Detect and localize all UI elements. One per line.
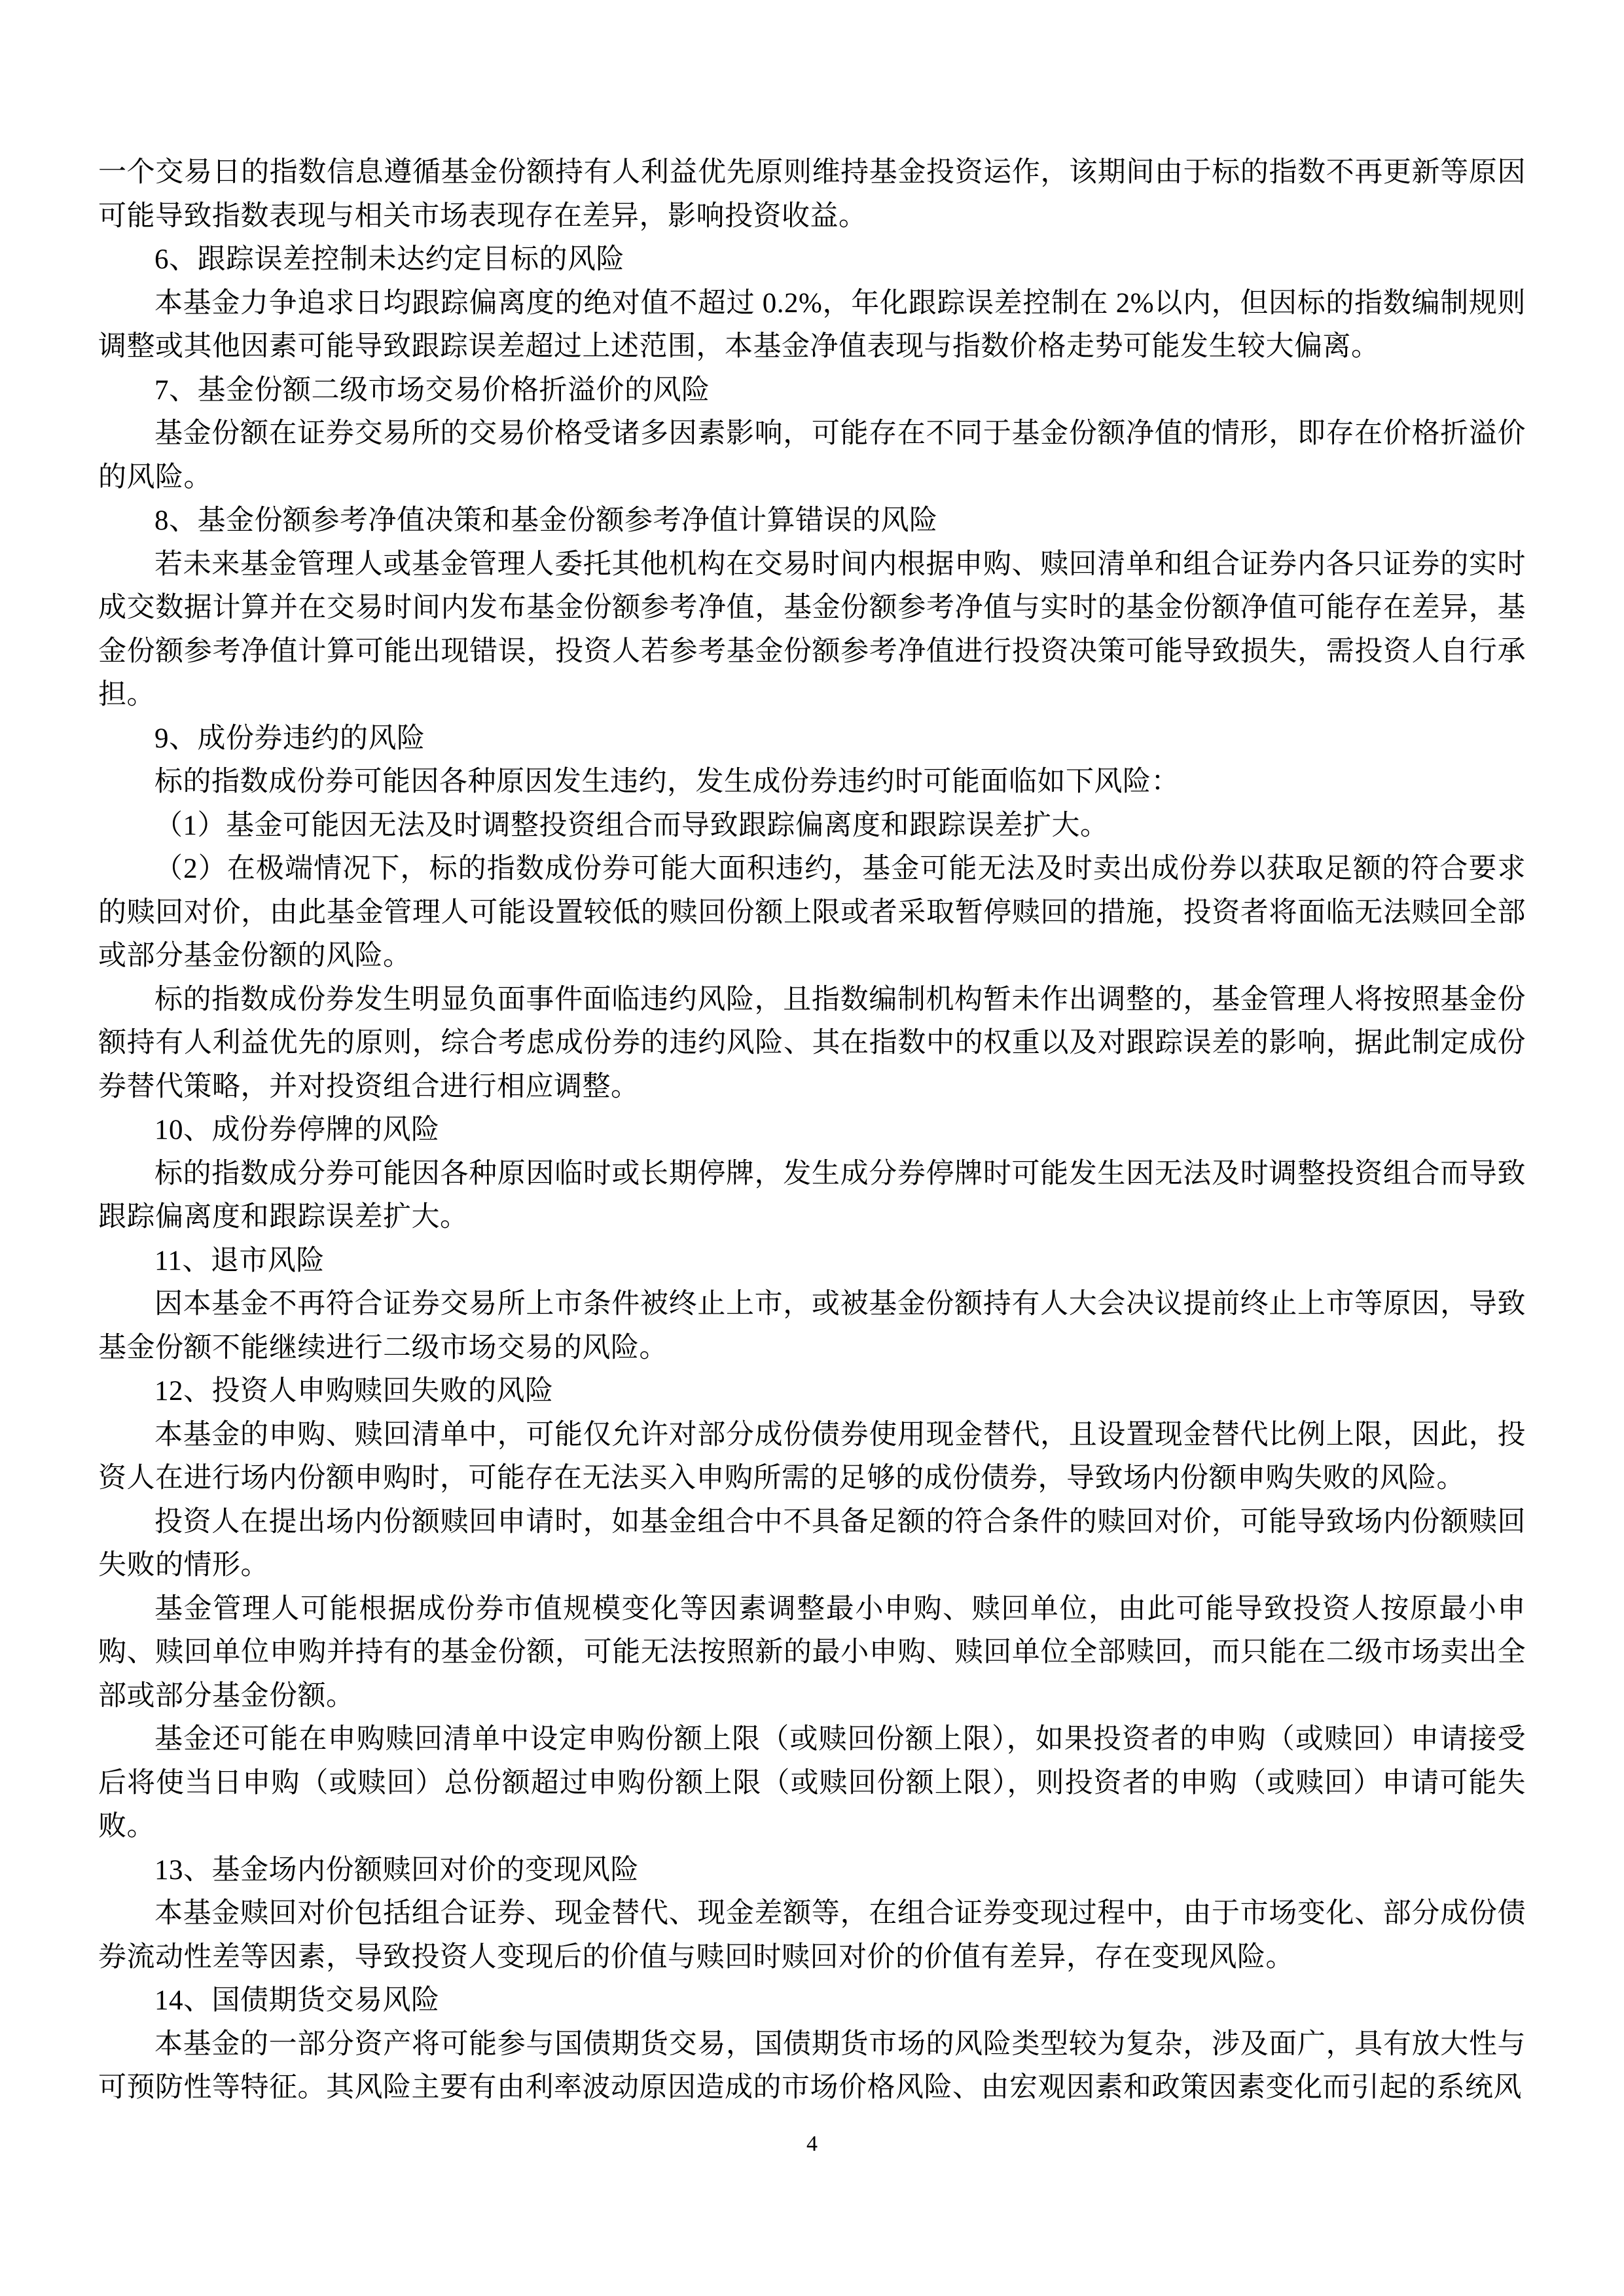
section-heading: 7、基金份额二级市场交易价格折溢价的风险 <box>98 369 1526 413</box>
paragraph: 投资人在提出场内份额赎回申请时，如基金组合中不具备足额的符合条件的赎回对价，可能… <box>98 1501 1526 1588</box>
paragraph: 标的指数成份券可能因各种原因发生违约，发生成份券违约时可能面临如下风险： <box>98 761 1526 804</box>
paragraph: 本基金力争追求日均跟踪偏离度的绝对值不超过 0.2%，年化跟踪误差控制在 2%以… <box>98 282 1526 369</box>
section-heading: 12、投资人申购赎回失败的风险 <box>98 1370 1526 1414</box>
page-number: 4 <box>0 2131 1624 2157</box>
paragraph: 本基金的一部分资产将可能参与国债期货交易，国债期货市场的风险类型较为复杂，涉及面… <box>98 2023 1526 2110</box>
paragraph: 标的指数成份券发生明显负面事件面临违约风险，且指数编制机构暂未作出调整的，基金管… <box>98 978 1526 1109</box>
paragraph: （1）基金可能因无法及时调整投资组合而导致跟踪偏离度和跟踪误差扩大。 <box>98 804 1526 848</box>
paragraph: 基金份额在证券交易所的交易价格受诸多因素影响，可能存在不同于基金份额净值的情形，… <box>98 412 1526 499</box>
paragraph: 本基金赎回对价包括组合证券、现金替代、现金差额等，在组合证券变现过程中，由于市场… <box>98 1892 1526 1979</box>
section-heading: 10、成份券停牌的风险 <box>98 1109 1526 1153</box>
paragraph: 因本基金不再符合证券交易所上市条件被终止上市，或被基金份额持有人大会决议提前终止… <box>98 1283 1526 1370</box>
section-heading: 8、基金份额参考净值决策和基金份额参考净值计算错误的风险 <box>98 499 1526 543</box>
document-body: 一个交易日的指数信息遵循基金份额持有人利益优先原则维持基金投资运作，该期间由于标… <box>98 151 1526 2110</box>
section-heading: 9、成份券违约的风险 <box>98 717 1526 761</box>
paragraph: 基金还可能在申购赎回清单中设定申购份额上限（或赎回份额上限），如果投资者的申购（… <box>98 1718 1526 1849</box>
paragraph: 基金管理人可能根据成份券市值规模变化等因素调整最小申购、赎回单位，由此可能导致投… <box>98 1588 1526 1719</box>
document-page: 一个交易日的指数信息遵循基金份额持有人利益优先原则维持基金投资运作，该期间由于标… <box>0 0 1624 2296</box>
paragraph: 一个交易日的指数信息遵循基金份额持有人利益优先原则维持基金投资运作，该期间由于标… <box>98 151 1526 238</box>
paragraph: 本基金的申购、赎回清单中，可能仅允许对部分成份债券使用现金替代，且设置现金替代比… <box>98 1414 1526 1501</box>
section-heading: 13、基金场内份额赎回对价的变现风险 <box>98 1849 1526 1893</box>
paragraph: （2）在极端情况下，标的指数成份券可能大面积违约，基金可能无法及时卖出成份券以获… <box>98 848 1526 978</box>
paragraph: 若未来基金管理人或基金管理人委托其他机构在交易时间内根据申购、赎回清单和组合证券… <box>98 543 1526 717</box>
section-heading: 14、国债期货交易风险 <box>98 1979 1526 2023</box>
section-heading: 6、跟踪误差控制未达约定目标的风险 <box>98 238 1526 282</box>
section-heading: 11、退市风险 <box>98 1240 1526 1283</box>
paragraph: 标的指数成分券可能因各种原因临时或长期停牌，发生成分券停牌时可能发生因无法及时调… <box>98 1153 1526 1240</box>
